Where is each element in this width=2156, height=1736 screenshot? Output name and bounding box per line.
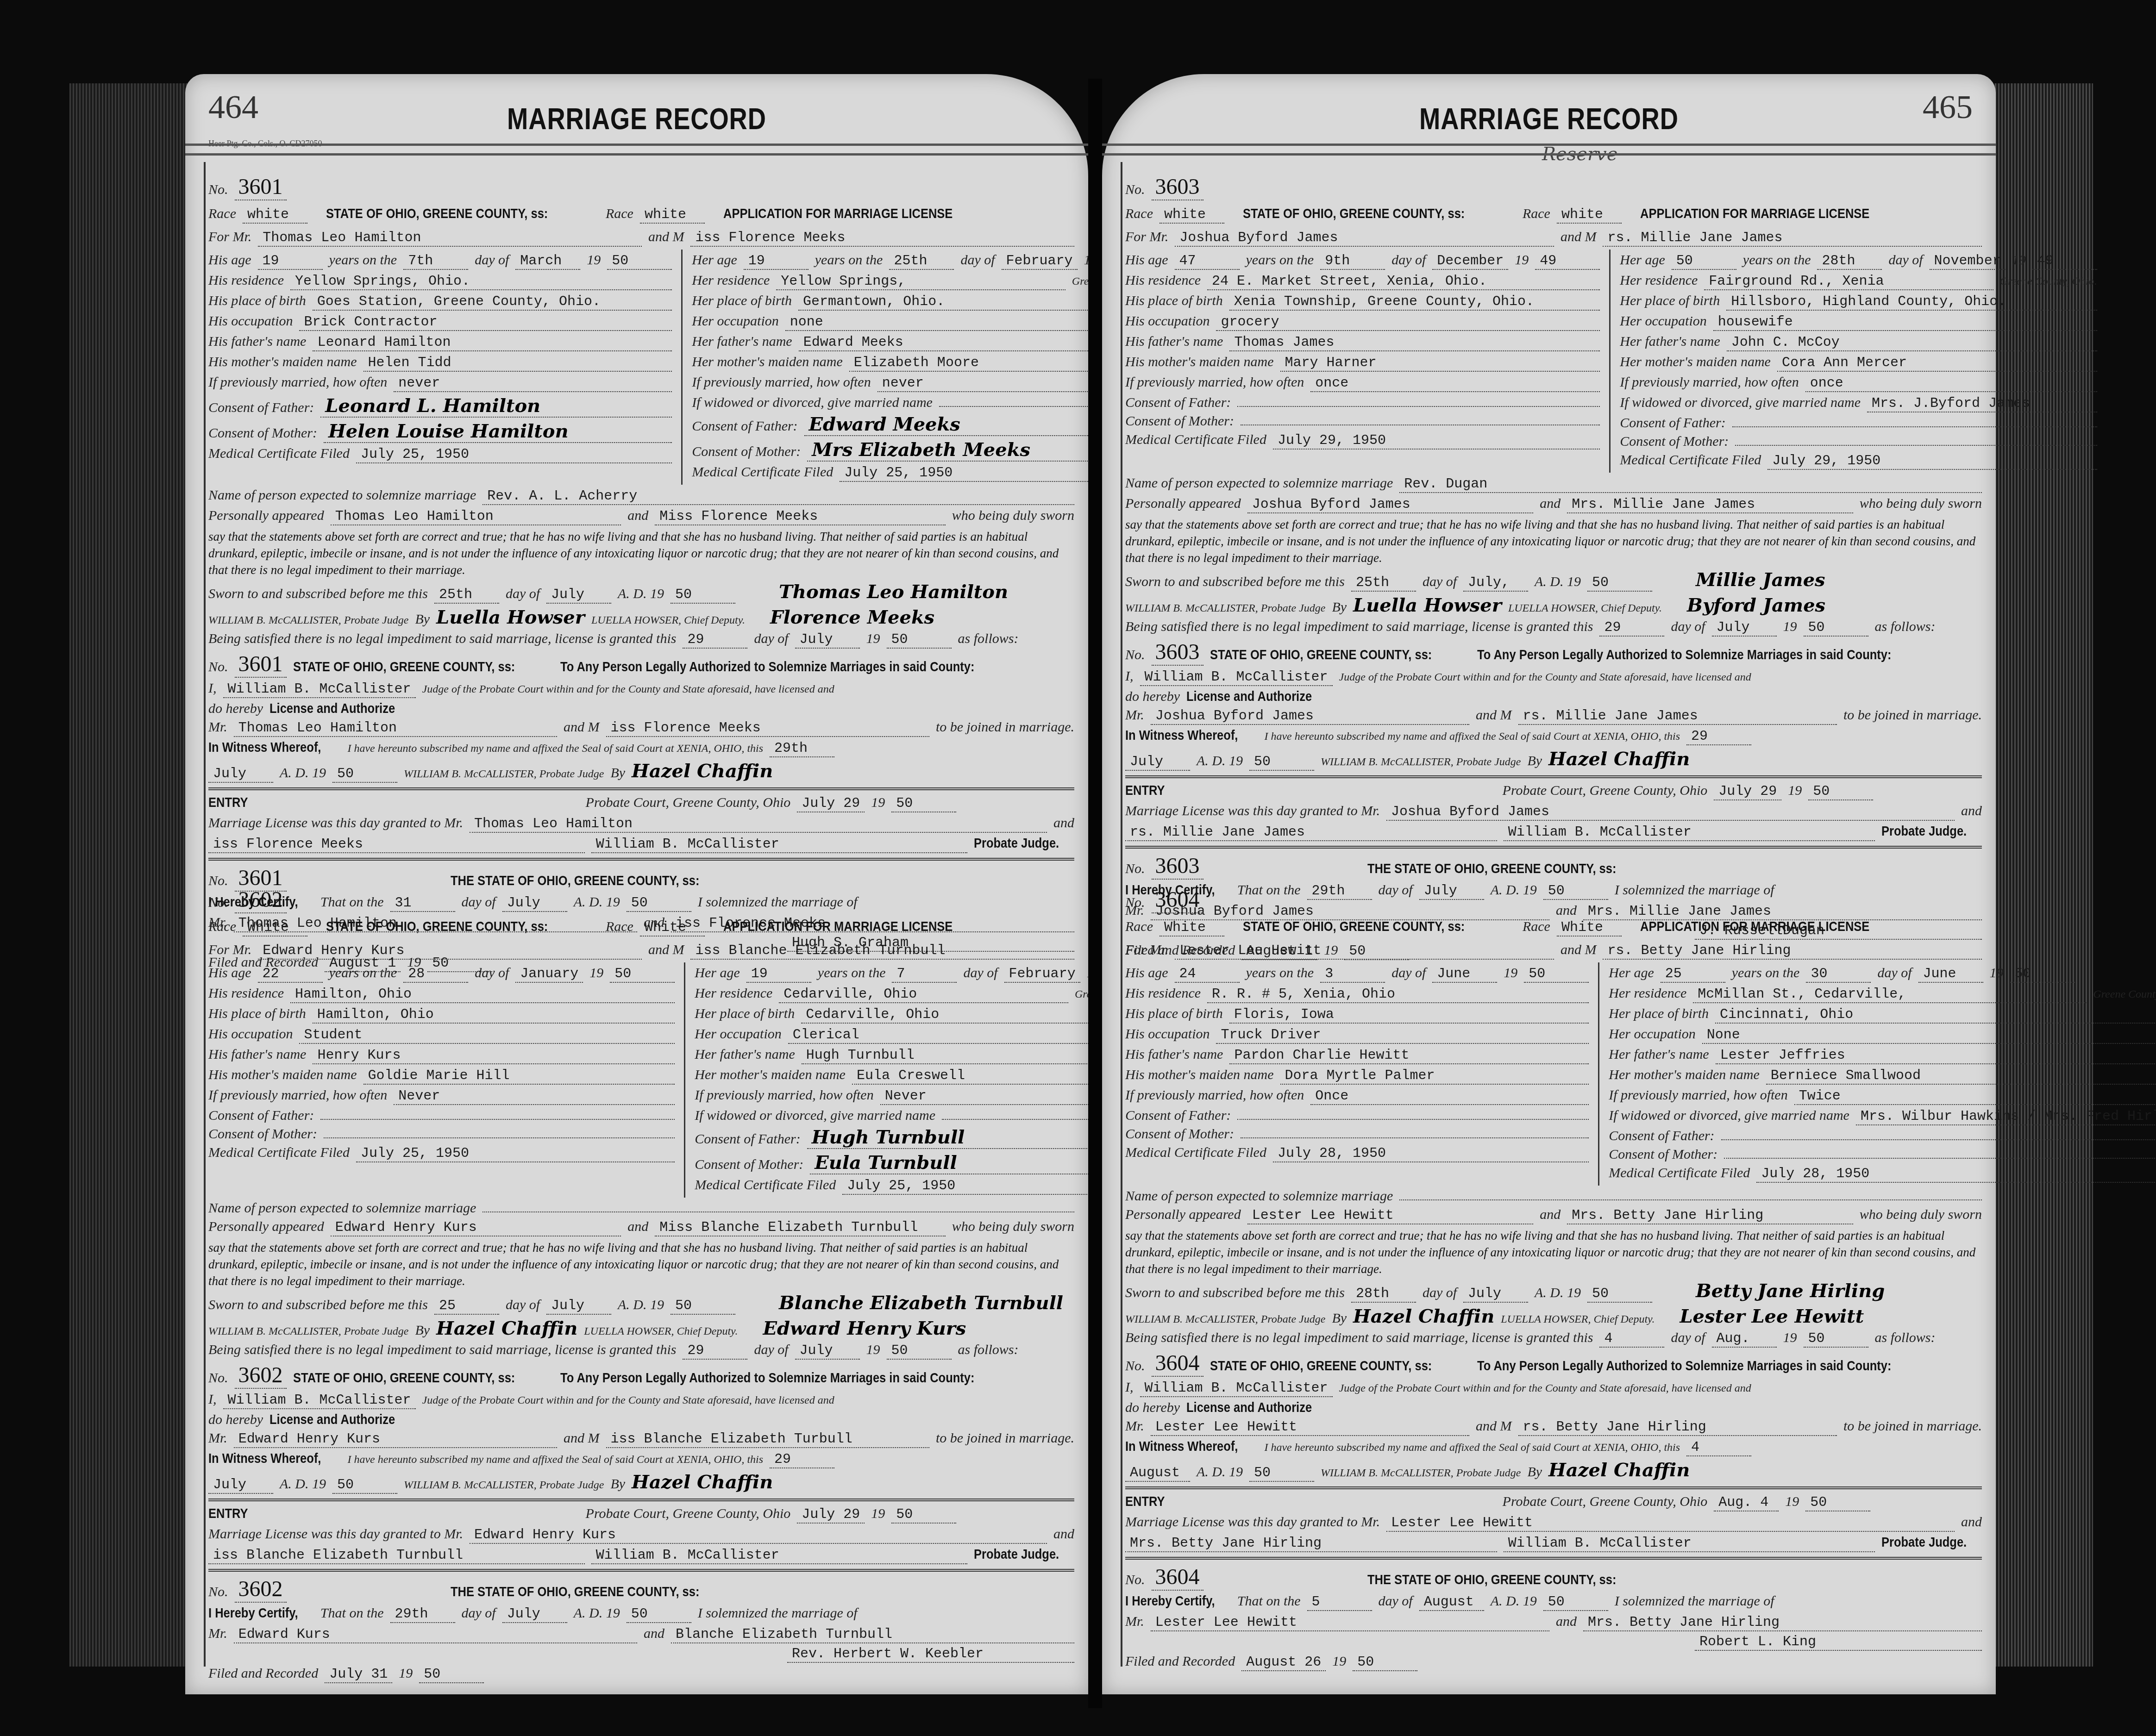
form-row: No.3604 bbox=[1125, 887, 1982, 913]
form-row: Medical Certificate FiledJuly 25, 1950 bbox=[208, 1145, 675, 1162]
form-row: His occupationBrick Contractor bbox=[208, 313, 672, 331]
his-consent-father-field bbox=[1237, 1119, 1589, 1120]
form-row: WILLIAM B. McCALLISTER, Probate JudgeByL… bbox=[208, 606, 1074, 628]
form-row: Marriage License was this day granted to… bbox=[1125, 1514, 1982, 1532]
his-father-field: Leonard Hamilton bbox=[313, 335, 672, 351]
form-row: Consent of Father: bbox=[1125, 395, 1600, 411]
his-prev-field: never bbox=[394, 375, 672, 392]
form-row: If previously married, how oftennever bbox=[208, 375, 672, 392]
hereby-certify-label: I Hereby Certify, bbox=[1125, 1593, 1215, 1609]
his-day-field: 7th bbox=[403, 253, 468, 270]
oath-label: say that the statements above set forth … bbox=[208, 528, 1074, 578]
who-sworn-label: who being duly sworn bbox=[1860, 1207, 1982, 1223]
his-race: white bbox=[1159, 207, 1224, 224]
do-hereby-label: do hereby bbox=[1125, 689, 1180, 705]
day-of-label: day of bbox=[506, 586, 540, 602]
entry-bride-field: rs. Millie Jane James bbox=[1125, 824, 1497, 841]
form-row: Being satisfied there is no legal impedi… bbox=[208, 631, 1074, 649]
form-row: Mr.Edward Henry Kursand Miss Blanche Eli… bbox=[208, 1430, 1074, 1448]
her-month-field: June bbox=[1918, 966, 1983, 983]
who-sworn-label: who being duly sworn bbox=[952, 508, 1074, 524]
nineteen-label: 19 bbox=[399, 1666, 413, 1681]
her-father-label: Her father's name bbox=[1620, 334, 1720, 350]
groom-name: Joshua Byford James bbox=[1175, 230, 1554, 247]
consent-mother-label: Consent of Mother: bbox=[1125, 413, 1234, 429]
form-row: Consent of Mother: bbox=[1620, 434, 2097, 450]
state-header-label: STATE OF OHIO, GREENE COUNTY, ss: bbox=[326, 919, 548, 935]
i-label: I, bbox=[1125, 1380, 1134, 1395]
license-groom-field: Joshua Byford James bbox=[1151, 708, 1469, 725]
his-age-label: His age bbox=[208, 252, 251, 268]
his-race: white bbox=[243, 207, 307, 224]
form-row: If previously married, how oftenNever bbox=[208, 1087, 675, 1105]
granted-year-field: 50 bbox=[887, 632, 952, 649]
her-occupation-label: Her occupation bbox=[695, 1026, 781, 1042]
day-of-label: day of bbox=[1888, 252, 1923, 268]
form-row: Personally appearedJoshua Byford Jamesan… bbox=[1125, 496, 1982, 513]
and-label: and bbox=[1961, 1514, 1982, 1530]
form-row: iss Florence MeeksWilliam B. McCallister… bbox=[208, 836, 1074, 853]
nineteen-label: 19 bbox=[1783, 1330, 1797, 1346]
nineteen-label: 19 bbox=[1783, 619, 1797, 635]
personally-appeared-label: Personally appeared bbox=[208, 1219, 324, 1235]
entry-date-field: Aug. 4 bbox=[1714, 1495, 1779, 1511]
cert-day-field: 29th bbox=[390, 1606, 455, 1623]
his-year-field: 50 bbox=[607, 253, 672, 270]
license-bride-field: rs. Betty Jane Hirling bbox=[1518, 1419, 1837, 1436]
form-row: In Witness Whereof,I have hereunto subsc… bbox=[208, 1451, 1074, 1468]
years-on-the-label: years on the bbox=[818, 965, 886, 981]
page-title: MARRIAGE RECORD bbox=[253, 102, 1021, 136]
chief-deputy-label: LUELLA HOWSER, Chief Deputy. bbox=[584, 1325, 738, 1338]
form-row: His residence24 E. Market Street, Xenia,… bbox=[1125, 273, 1600, 290]
form-row bbox=[208, 787, 1074, 790]
no-label: No. bbox=[1125, 861, 1145, 877]
form-row: His age24years on the3day ofJune1950 His… bbox=[1125, 962, 1589, 1186]
her-father-field: Lester Jeffries bbox=[1716, 1048, 2156, 1064]
in-witness-label: In Witness Whereof, bbox=[208, 740, 321, 756]
witness-signature-label: Hazel Chaffin bbox=[1548, 1459, 1690, 1481]
no-label: No. bbox=[1125, 1572, 1145, 1588]
form-row: If previously married, how oftenTwice bbox=[1609, 1087, 2156, 1105]
oath-label: say that the statements above set forth … bbox=[208, 1239, 1074, 1289]
his-father-label: His father's name bbox=[1125, 1047, 1223, 1062]
form-row: No.3602THE STATE OF OHIO, GREENE COUNTY,… bbox=[208, 1576, 1074, 1603]
in-witness-label: In Witness Whereof, bbox=[1125, 728, 1238, 743]
do-hereby-label: do hereby bbox=[208, 701, 263, 717]
solemnizer-field: Rev. Dugan bbox=[1399, 476, 1982, 493]
day-of-label: day of bbox=[754, 631, 788, 647]
for-mr-label: For Mr. bbox=[1125, 942, 1168, 958]
his-month-field: March bbox=[515, 253, 580, 270]
form-row: Her father's nameJohn C. McCoy bbox=[1620, 334, 2097, 351]
his-consent-mother-field bbox=[1241, 1137, 1589, 1138]
form-row: Racewhite bbox=[208, 206, 307, 224]
form-row: Consent of Mother: bbox=[1125, 413, 1600, 429]
prev-married-label: If previously married, how often bbox=[208, 375, 387, 390]
entry-judge-field: William B. McCallister bbox=[1504, 1536, 1875, 1552]
officiant-field: Rev. Herbert W. Keebler bbox=[787, 1646, 1074, 1663]
and-label: and bbox=[1053, 815, 1074, 831]
form-row: Mr.Lester Lee HewittandMrs. Betty Jane H… bbox=[1125, 1614, 1982, 1631]
form-row: No.3603STATE OF OHIO, GREENE COUNTY, ss:… bbox=[1125, 639, 1982, 666]
page-left: 464 MARRIAGE RECORD Heer Ptg. Co., Cols.… bbox=[185, 74, 1088, 1694]
probate-judge-label: Probate Judge. bbox=[974, 1547, 1059, 1562]
witness-month-field: July bbox=[208, 766, 273, 783]
state-header-label: STATE OF OHIO, GREENE COUNTY, ss: bbox=[293, 1370, 515, 1386]
form-row: WILLIAM B. McCALLISTER, Probate JudgeByL… bbox=[1125, 594, 1982, 616]
her-father-label: Her father's name bbox=[692, 334, 792, 350]
his-day-field: 28 bbox=[403, 966, 468, 983]
record: No.3602 RaceWhite STATE OF OHIO, GREENE … bbox=[208, 884, 1074, 1686]
day-of-label: day of bbox=[1877, 965, 1912, 981]
form-row: Mrs. Betty Jane HirlingWilliam B. McCall… bbox=[1125, 1535, 1982, 1552]
form-row: If previously married, how oftenOnce bbox=[1125, 1087, 1589, 1105]
witness-text-label: I have hereunto subscribed my name and a… bbox=[347, 743, 763, 755]
day-of-label: day of bbox=[475, 252, 509, 268]
form-row: His age24years on the3day ofJune1950 His… bbox=[1125, 962, 1982, 1186]
license-granted-label: Marriage License was this day granted to… bbox=[1125, 1514, 1380, 1530]
judge-title-label: WILLIAM B. McCALLISTER, Probate Judge bbox=[1125, 1313, 1325, 1326]
form-row: His residenceHamilton, Ohio bbox=[208, 986, 675, 1003]
his-consent-mother-field bbox=[1241, 425, 1600, 425]
in-witness-label: In Witness Whereof, bbox=[208, 1451, 321, 1467]
ad19-label: A. D. 19 bbox=[618, 1297, 664, 1313]
no-label: No. bbox=[208, 895, 228, 911]
mr-label: Mr. bbox=[1125, 707, 1144, 723]
judge-title-label: WILLIAM B. McCALLISTER, Probate Judge bbox=[208, 614, 408, 627]
form-row bbox=[1125, 1557, 1982, 1560]
header-rule bbox=[185, 144, 1088, 156]
her-consent-mother-field bbox=[1735, 445, 2097, 446]
as-follows-label: as follows: bbox=[1875, 1330, 1936, 1346]
witness-month-field: August bbox=[1125, 1465, 1190, 1482]
consent-mother-label: Consent of Mother: bbox=[208, 1126, 317, 1142]
filed-year-field: 50 bbox=[419, 1667, 484, 1683]
no-label: No. bbox=[1125, 1358, 1145, 1374]
consent-mother-label: Consent of Mother: bbox=[208, 425, 317, 441]
her-widowed-field: Mrs. Wilbur Hawkins / Mrs. Fred Hirling bbox=[1856, 1109, 2156, 1125]
years-on-the-label: years on the bbox=[329, 252, 397, 268]
entry-groom-field: Lester Lee Hewitt bbox=[1386, 1515, 1955, 1532]
form-row bbox=[208, 1499, 1074, 1501]
0-label: Betty Jane Hirling bbox=[1696, 1280, 1885, 1302]
license-granted-label: Marriage License was this day granted to… bbox=[1125, 803, 1380, 819]
license-authorize-label: License and Authorize bbox=[269, 1412, 395, 1428]
form-row: RaceWhite bbox=[1523, 919, 1622, 937]
greene-county-label: Greene County, Ohio. bbox=[2000, 275, 2097, 288]
i-label: I, bbox=[208, 681, 217, 696]
and-label: and bbox=[1556, 1614, 1577, 1630]
prev-married-label: If previously married, how often bbox=[208, 1087, 387, 1103]
license-authorize-label: License and Authorize bbox=[1186, 1400, 1312, 1416]
to-any-person-label: To Any Person Legally Authorized to Sole… bbox=[1477, 1358, 1892, 1374]
state-header-label: STATE OF OHIO, GREENE COUNTY, ss: bbox=[1210, 647, 1432, 663]
judge-field: William B. McCallister bbox=[1140, 669, 1333, 686]
application-header-label: APPLICATION FOR MARRIAGE LICENSE bbox=[723, 206, 953, 222]
day-of-label: day of bbox=[1423, 574, 1457, 590]
form-row: His age19years on the7thday ofMarch1950 … bbox=[208, 250, 672, 485]
his-age-field: 24 bbox=[1175, 966, 1240, 983]
his-occupation-label: His occupation bbox=[208, 313, 293, 329]
granted-month-field: July bbox=[1712, 620, 1777, 637]
entry-groom-field: Joshua Byford James bbox=[1386, 804, 1955, 821]
no-label: No. bbox=[208, 1370, 228, 1386]
his-race: White bbox=[1159, 920, 1224, 937]
her-occupation-field: None bbox=[1702, 1027, 2156, 1044]
form-row: RaceWhite STATE OF OHIO, GREENE COUNTY, … bbox=[208, 916, 1074, 939]
her-birth-label: Her place of birth bbox=[1620, 293, 1720, 309]
day-of-label: day of bbox=[506, 1297, 540, 1313]
header-rule bbox=[1102, 144, 1996, 156]
his-month-field: June bbox=[1432, 966, 1497, 983]
form-row: His father's nameLeonard Hamilton bbox=[208, 334, 672, 351]
form-row: His age47years on the9thday ofDecember19… bbox=[1125, 250, 1600, 473]
form-row: No.3602STATE OF OHIO, GREENE COUNTY, ss:… bbox=[208, 1362, 1074, 1389]
prev-married-label: If previously married, how often bbox=[1125, 1087, 1304, 1103]
nineteen-label: 19 bbox=[1515, 252, 1529, 268]
and-m-label: and M bbox=[1476, 707, 1512, 723]
sworn-year-field: 50 bbox=[671, 587, 735, 604]
ad19-label: A. D. 19 bbox=[1491, 1593, 1537, 1609]
and-label: and bbox=[1053, 1526, 1074, 1542]
his-consent-mother-field: Helen Louise Hamilton bbox=[324, 420, 672, 443]
day-of-label: day of bbox=[1391, 965, 1426, 981]
entry-label: ENTRY bbox=[208, 1506, 248, 1522]
form-row: RaceWhite bbox=[208, 919, 307, 937]
witness-signature-label: Hazel Chaffin bbox=[1548, 748, 1690, 770]
form-row: Sworn to and subscribed before me this25… bbox=[1125, 569, 1982, 592]
entry-groom-field: Edward Henry Kurs bbox=[470, 1527, 1047, 1544]
form-row: Her age25years on the30day ofJune1950 He… bbox=[1598, 962, 2156, 1186]
form-row: Name of person expected to solemnize mar… bbox=[208, 487, 1074, 505]
being-satisfied-label: Being satisfied there is no legal impedi… bbox=[1125, 1330, 1593, 1346]
granted-month-field: Aug. bbox=[1712, 1331, 1777, 1348]
form-row: Name of person expected to solemnize mar… bbox=[1125, 475, 1982, 493]
witness-year-field: 50 bbox=[332, 766, 397, 783]
chief-deputy-label: LUELLA HOWSER, Chief Deputy. bbox=[1501, 1313, 1655, 1326]
form-row: His place of birthFloris, Iowa bbox=[1125, 1006, 1589, 1024]
her-month-field: February bbox=[1002, 253, 1078, 270]
witness-year-field: 50 bbox=[332, 1477, 397, 1494]
his-residence-field: Yellow Springs, Ohio. bbox=[290, 274, 672, 290]
judge-title-label: WILLIAM B. McCALLISTER, Probate Judge bbox=[208, 1325, 408, 1338]
0-label: Millie James bbox=[1696, 569, 1825, 591]
probate-judge-label: Probate Judge. bbox=[1881, 824, 1967, 839]
form-row: In Witness Whereof,I have hereunto subsc… bbox=[208, 740, 1074, 757]
her-age-label: Her age bbox=[692, 252, 737, 268]
form-row: Mr.Joshua Byford Jamesand Mrs. Millie Ja… bbox=[1125, 707, 1982, 725]
his-year-field: 50 bbox=[610, 966, 675, 983]
for-mr-label: For Mr. bbox=[1125, 229, 1168, 245]
solemnizer-field bbox=[483, 1211, 1074, 1212]
form-row: JulyA. D. 1950WILLIAM B. McCALLISTER, Pr… bbox=[208, 760, 1074, 783]
form-row: Racewhite bbox=[606, 206, 705, 224]
ad19-label: A. D. 19 bbox=[1535, 574, 1581, 590]
appeared-groom-field: Joshua Byford James bbox=[1247, 497, 1534, 513]
form-row: For Mr.Lester Lee Hewittand Mrs. Betty J… bbox=[1125, 942, 1982, 960]
prev-married-label: If previously married, how often bbox=[1620, 375, 1799, 390]
consent-mother-label: Consent of Mother: bbox=[695, 1157, 803, 1173]
her-day-field: 7 bbox=[892, 966, 957, 983]
his-mother-label: His mother's maiden name bbox=[1125, 354, 1274, 370]
and-m-label: and M bbox=[564, 1430, 600, 1446]
book-gutter bbox=[1088, 79, 1102, 1708]
that-on-the-label: That on the bbox=[1237, 1593, 1301, 1609]
bride-name: rs. Betty Jane Hirling bbox=[1603, 943, 1982, 960]
filed-date-field: August 26 bbox=[1241, 1655, 1326, 1671]
form-row: His age47years on the9thday ofDecember19… bbox=[1125, 250, 1982, 473]
license-groom-field: Thomas Leo Hamilton bbox=[234, 720, 557, 737]
form-row bbox=[1125, 1486, 1982, 1489]
medical-label: Medical Certificate Filed bbox=[1125, 432, 1266, 448]
groom-name: Edward Henry Kurs bbox=[258, 943, 642, 960]
witness-day-field: 29 bbox=[770, 1452, 834, 1468]
filed-recorded-label: Filed and Recorded bbox=[1125, 1654, 1235, 1669]
appeared-groom-field: Edward Henry Kurs bbox=[331, 1220, 621, 1236]
and-label: and bbox=[644, 1626, 664, 1642]
by-label: By bbox=[610, 1476, 625, 1492]
years-on-the-label: years on the bbox=[1246, 252, 1314, 268]
ad19-label: A. D. 19 bbox=[1197, 753, 1243, 769]
her-birth-label: Her place of birth bbox=[692, 293, 792, 309]
form-row: rs. Millie Jane JamesWilliam B. McCallis… bbox=[1125, 824, 1982, 841]
license-granted-label: Marriage License was this day granted to… bbox=[208, 815, 463, 831]
widowed-label: If widowed or divorced, give married nam… bbox=[695, 1108, 935, 1124]
form-row: ENTRYProbate Court, Greene County, OhioJ… bbox=[1125, 783, 1982, 800]
form-row: No.3602 bbox=[208, 887, 1074, 913]
form-row: His father's nameHenry Kurs bbox=[208, 1047, 675, 1064]
day-of-label: day of bbox=[462, 1605, 496, 1621]
form-row: Consent of Father:Leonard L. Hamilton bbox=[208, 395, 672, 418]
his-day-field: 3 bbox=[1320, 966, 1385, 983]
form-row: Being satisfied there is no legal impedi… bbox=[208, 1342, 1074, 1360]
and-label: and bbox=[627, 508, 648, 524]
form-row bbox=[1125, 775, 1982, 778]
his-father-label: His father's name bbox=[1125, 334, 1223, 350]
her-father-field: John C. McCoy bbox=[1727, 335, 2097, 351]
years-on-the-label: years on the bbox=[1732, 965, 1800, 981]
his-consent-father-field: Leonard L. Hamilton bbox=[320, 395, 672, 418]
widowed-label: If widowed or divorced, give married nam… bbox=[1609, 1108, 1849, 1124]
form-row: Medical Certificate FiledJuly 25, 1950 bbox=[208, 446, 672, 463]
entry-bride-field: Mrs. Betty Jane Hirling bbox=[1125, 1536, 1497, 1552]
medical-label: Medical Certificate Filed bbox=[1125, 1145, 1266, 1161]
his-father-label: His father's name bbox=[208, 334, 306, 350]
her-age-field: 25 bbox=[1661, 966, 1725, 983]
her-widowed-field: Mrs. J.Byford James bbox=[1867, 396, 2097, 412]
no-label: No. bbox=[1125, 647, 1145, 663]
0-label: Blanche Elizabeth Turnbull bbox=[779, 1292, 1063, 1314]
her-birth-label: Her place of birth bbox=[695, 1006, 795, 1022]
her-year-field: 50 bbox=[2010, 966, 2075, 983]
mr-label: Mr. bbox=[1125, 1418, 1144, 1434]
his-age-label: His age bbox=[1125, 252, 1168, 268]
form-row: His place of birthHamilton, Ohio bbox=[208, 1006, 675, 1024]
no-label: 3602 bbox=[235, 1576, 287, 1603]
form-row: Her age25years on the30day ofJune1950 bbox=[1609, 965, 2156, 983]
oath-label: say that the statements above set forth … bbox=[1125, 516, 1982, 566]
form-row: Racewhite STATE OF OHIO, GREENE COUNTY, … bbox=[1125, 203, 1982, 226]
form-row: Her residenceFairground Rd., XeniaGreene… bbox=[1620, 273, 2097, 290]
consent-father-label: Consent of Father: bbox=[1609, 1128, 1714, 1144]
form-row: Marriage License was this day granted to… bbox=[1125, 803, 1982, 821]
sworn-year-field: 50 bbox=[1587, 1286, 1652, 1303]
entry-year-field: 50 bbox=[1808, 784, 1873, 800]
nineteen-label: 19 bbox=[2012, 252, 2026, 268]
i-label: I, bbox=[1125, 668, 1134, 684]
form-row: Personally appearedEdward Henry KursandM… bbox=[208, 1219, 1074, 1236]
her-race: white bbox=[640, 207, 705, 224]
to-any-person-label: To Any Person Legally Authorized to Sole… bbox=[560, 1370, 975, 1386]
form-row: For Mr.Joshua Byford Jamesand Mrs. Milli… bbox=[1125, 229, 1982, 247]
form-row: RaceWhite bbox=[1125, 919, 1224, 937]
filed-recorded-label: Filed and Recorded bbox=[208, 1666, 318, 1681]
hereby-certify-label: I Hereby Certify, bbox=[208, 1605, 298, 1621]
her-age-field: 50 bbox=[1672, 253, 1736, 270]
bride-name: iss Florence Meeks bbox=[690, 230, 1074, 247]
entry-bride-field: iss Florence Meeks bbox=[208, 837, 585, 853]
no-label: No. bbox=[1125, 895, 1145, 911]
form-row: Consent of Mother:Helen Louise Hamilton bbox=[208, 420, 672, 443]
form-row: Medical Certificate FiledJuly 29, 1950 bbox=[1620, 452, 2097, 470]
form-row: Consent of Mother: bbox=[1609, 1147, 2156, 1162]
his-occupation-label: His occupation bbox=[208, 1026, 293, 1042]
day-of-label: day of bbox=[475, 965, 509, 981]
entry-bride-field: iss Blanche Elizabeth Turnbull bbox=[208, 1548, 585, 1564]
his-father-field: Henry Kurs bbox=[313, 1048, 675, 1064]
her-month-field: February bbox=[1004, 966, 1080, 983]
record-number: 3603 bbox=[1152, 174, 1203, 200]
form-row: I,William B. McCallisterJudge of the Pro… bbox=[1125, 668, 1982, 686]
by-label: By bbox=[1332, 1311, 1347, 1326]
her-race: White bbox=[640, 920, 705, 937]
mr-label: Mr. bbox=[208, 1626, 227, 1642]
in-witness-label: In Witness Whereof, bbox=[1125, 1439, 1238, 1455]
form-row: His occupationTruck Driver bbox=[1125, 1026, 1589, 1044]
consent-father-label: Consent of Father: bbox=[695, 1131, 800, 1147]
being-satisfied-label: Being satisfied there is no legal impedi… bbox=[1125, 619, 1593, 635]
her-father-label: Her father's name bbox=[1609, 1047, 1709, 1062]
for-mr-label: For Mr. bbox=[208, 942, 251, 958]
state-header-label: STATE OF OHIO, GREENE COUNTY, ss: bbox=[293, 659, 515, 675]
form-row: Sworn to and subscribed before me this28… bbox=[1125, 1280, 1982, 1303]
day-of-label: day of bbox=[963, 965, 997, 981]
form-row: JulyA. D. 1950WILLIAM B. McCALLISTER, Pr… bbox=[208, 1471, 1074, 1494]
form-row: Her place of birthHillsboro, Highland Co… bbox=[1620, 293, 2097, 311]
and-m-label: and M bbox=[1476, 1418, 1512, 1434]
solemnizer-field: Rev. A. L. Acherry bbox=[483, 488, 1074, 505]
his-birth-label: His place of birth bbox=[208, 293, 306, 309]
nineteen-label: 19 bbox=[871, 1506, 885, 1522]
record-number: 3604 bbox=[1152, 887, 1203, 913]
his-occupation-field: Brick Contractor bbox=[299, 314, 672, 331]
to-be-joined-label: to be joined in marriage. bbox=[936, 719, 1074, 735]
his-father-label: His father's name bbox=[208, 1047, 306, 1062]
witness-text-label: I have hereunto subscribed my name and a… bbox=[1264, 731, 1680, 743]
form-row: His age24years on the3day ofJune1950 bbox=[1125, 965, 1589, 983]
form-row: Consent of Father: bbox=[208, 1108, 675, 1124]
to-any-person-label: To Any Person Legally Authorized to Sole… bbox=[1477, 647, 1892, 663]
consent-father-label: Consent of Father: bbox=[1125, 1108, 1231, 1124]
bride-name: iss Blanche Elizabeth Turnbull bbox=[690, 943, 1074, 960]
no-label: No. bbox=[208, 182, 228, 198]
form-row: His place of birthXenia Township, Greene… bbox=[1125, 293, 1600, 311]
judge-field: William B. McCallister bbox=[223, 681, 416, 698]
cert-groom-field: Lester Lee Hewitt bbox=[1151, 1615, 1549, 1631]
her-residence-field: Cedarville, Ohio bbox=[779, 987, 1068, 1003]
race-label: Race bbox=[606, 206, 633, 222]
